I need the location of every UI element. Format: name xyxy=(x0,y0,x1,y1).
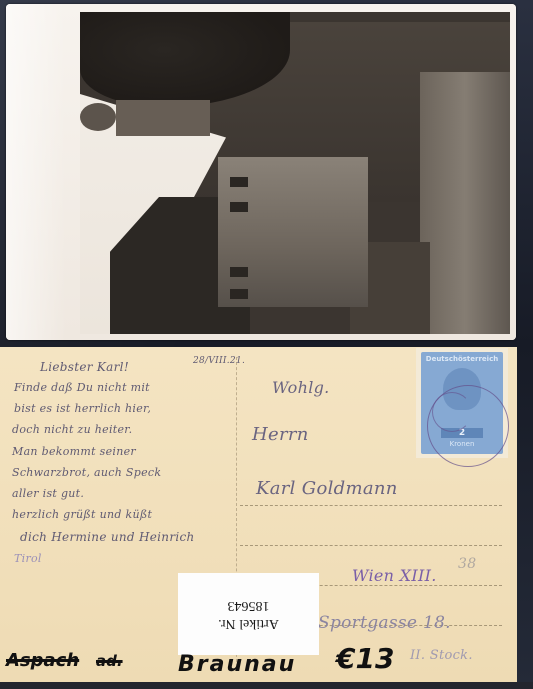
message-line: bist es ist herrlich hier, xyxy=(14,402,151,415)
church-tower xyxy=(80,98,210,138)
sleeve-bottom-edge xyxy=(0,682,533,689)
address-line xyxy=(240,505,502,506)
address-city: Wien XIII. xyxy=(352,566,437,585)
postcard-front xyxy=(6,4,516,340)
message-signature: dich Hermine und Heinrich xyxy=(20,530,195,544)
message-line: Schwarzbrot, auch Speck xyxy=(12,466,161,479)
message-line: herzlich grüßt und küßt xyxy=(12,508,152,521)
message-note-left: Tirol xyxy=(14,552,42,565)
address-salutation: Wohlg. xyxy=(272,378,330,397)
message-date: 28/VIII.21. xyxy=(193,356,245,366)
location-label: Braunau xyxy=(178,652,296,677)
sleeve-gloss xyxy=(6,4,66,340)
address-title: Herrn xyxy=(252,424,309,445)
photo-house xyxy=(218,157,368,307)
address-floor: II. Stock. xyxy=(410,648,473,663)
address-line xyxy=(240,545,502,546)
message-line: Man bekommt seiner xyxy=(12,445,136,458)
article-label: Artikel Nr. 185643 xyxy=(178,573,319,655)
location-crossed-out: Aspach xyxy=(6,650,79,671)
message-line: aller ist gut. xyxy=(12,487,84,500)
article-label-text: Artikel Nr. xyxy=(218,614,279,632)
postmark-inner-icon xyxy=(432,392,472,432)
message-line: Liebster Karl! xyxy=(40,360,129,374)
photo-river xyxy=(420,72,510,334)
stamp-country: Deutschösterreich xyxy=(425,355,499,363)
price-label: €13 xyxy=(336,642,394,675)
address-name: Karl Goldmann xyxy=(256,478,398,499)
message-line: Finde daß Du nicht mit xyxy=(14,381,150,394)
message-line: doch nicht zu heiter. xyxy=(12,423,132,436)
article-number: 185643 xyxy=(228,596,270,614)
postcard-photo xyxy=(80,12,510,334)
address-street: Sportgasse 18. xyxy=(318,613,451,633)
pencil-note: 38 xyxy=(458,556,476,572)
location-abbrev: ad. xyxy=(96,652,123,670)
